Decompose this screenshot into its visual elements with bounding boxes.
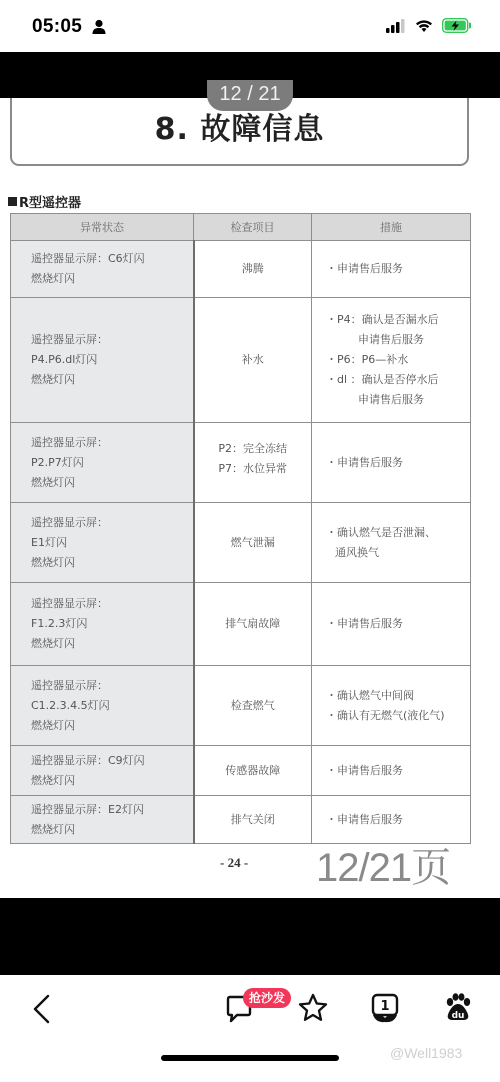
battery-charging-icon: [442, 18, 472, 33]
star-icon[interactable]: [297, 992, 329, 1024]
table-row: 遥控器显示屏： P2.P7灯闪 燃烧灯闪 P2：完全冻结 P7：水位异常 ・申请…: [11, 423, 471, 503]
document-page[interactable]: 8. 故障信息 R型遥控器 异常状态 检查项目 措施 遥控器显示屏：C6灯闪 燃…: [0, 98, 500, 898]
status-bar: 05:05: [0, 0, 500, 52]
check-cell: P2：完全冻结 P7：水位异常: [194, 423, 312, 503]
action-cell: ・确认燃气中间阀 ・确认有无燃气(液化气): [312, 666, 471, 746]
page-indicator: 12 / 21: [207, 80, 293, 111]
document-page-number: - 24 -: [220, 855, 248, 871]
status-cell: 遥控器显示屏：E2灯闪 燃烧灯闪: [11, 796, 194, 844]
table-row: 遥控器显示屏： P4.P6.dl灯闪 燃烧灯闪 补水 ・P4：确认是否漏水后 申…: [11, 298, 471, 423]
page-indicator-text: 12 / 21: [207, 83, 293, 106]
header-check: 检查项目: [194, 214, 312, 241]
action-cell: ・申请售后服务: [312, 746, 471, 796]
reader-mode-icon[interactable]: 1: [370, 992, 400, 1026]
status-cell: 遥控器显示屏： C1.2.3.4.5灯闪 燃烧灯闪: [11, 666, 194, 746]
check-cell: 排气扇故障: [194, 583, 312, 666]
check-cell: 检查燃气: [194, 666, 312, 746]
section-title: R型遥控器: [8, 192, 81, 211]
check-cell: 排气关闭: [194, 796, 312, 844]
table-row: 遥控器显示屏： F1.2.3灯闪 燃烧灯闪 排气扇故障 ・申请售后服务: [11, 583, 471, 666]
action-cell: ・确认燃气是否泄漏、 通风换气: [312, 503, 471, 583]
action-cell: ・申请售后服务: [312, 583, 471, 666]
check-cell: 燃气泄漏: [194, 503, 312, 583]
reader-count: 1: [380, 999, 389, 1014]
check-cell: 沸腾: [194, 241, 312, 298]
section-title-text: R型遥控器: [19, 192, 81, 211]
check-cell: 传感器故障: [194, 746, 312, 796]
check-cell: 补水: [194, 298, 312, 423]
wifi-icon: [415, 19, 433, 33]
comment-badge[interactable]: 抢沙发: [243, 988, 291, 1008]
viewer-bottom-band: [0, 898, 500, 975]
action-cell: ・P4：确认是否漏水后 申请售后服务 ・P6：P6—补水 ・dl ：确认是否停水…: [312, 298, 471, 423]
status-cell: 遥控器显示屏： P4.P6.dl灯闪 燃烧灯闪: [11, 298, 194, 423]
cellular-signal-icon: [386, 19, 406, 33]
status-cell: 遥控器显示屏： P2.P7灯闪 燃烧灯闪: [11, 423, 194, 503]
watermark: @Well1983: [390, 1045, 462, 1061]
action-cell: ・申请售后服务: [312, 423, 471, 503]
status-icons: [386, 18, 472, 33]
page-count-overlay: 12/21页: [316, 836, 450, 893]
status-cell: 遥控器显示屏： E1灯闪 燃烧灯闪: [11, 503, 194, 583]
table-row: 遥控器显示屏：C6灯闪 燃烧灯闪 沸腾 ・申请售后服务: [11, 241, 471, 298]
header-status: 异常状态: [11, 214, 194, 241]
person-icon: [92, 19, 106, 35]
status-cell: 遥控器显示屏： F1.2.3灯闪 燃烧灯闪: [11, 583, 194, 666]
table-row: 遥控器显示屏： C1.2.3.4.5灯闪 燃烧灯闪 检查燃气 ・确认燃气中间阀 …: [11, 666, 471, 746]
chevron-left-icon[interactable]: [30, 992, 54, 1026]
status-time: 05:05: [32, 16, 82, 38]
table-row: 遥控器显示屏： E1灯闪 燃烧灯闪 燃气泄漏 ・确认燃气是否泄漏、 通风换气: [11, 503, 471, 583]
home-indicator: [161, 1055, 339, 1061]
table-row: 遥控器显示屏：C9灯闪 燃烧灯闪 传感器故障 ・申请售后服务: [11, 746, 471, 796]
header-action: 措施: [312, 214, 471, 241]
bottom-toolbar: 抢沙发 1 du @Well1983: [0, 975, 500, 1082]
table-header-row: 异常状态 检查项目 措施: [11, 214, 471, 241]
status-cell: 遥控器显示屏：C9灯闪 燃烧灯闪: [11, 746, 194, 796]
fault-table: 异常状态 检查项目 措施 遥控器显示屏：C6灯闪 燃烧灯闪 沸腾 ・申请售后服务: [10, 213, 471, 844]
svg-text:du: du: [452, 1011, 465, 1021]
square-bullet-icon: [8, 197, 17, 206]
baidu-paw-icon[interactable]: du: [443, 992, 473, 1024]
status-cell: 遥控器显示屏：C6灯闪 燃烧灯闪: [11, 241, 194, 298]
action-cell: ・申请售后服务: [312, 241, 471, 298]
